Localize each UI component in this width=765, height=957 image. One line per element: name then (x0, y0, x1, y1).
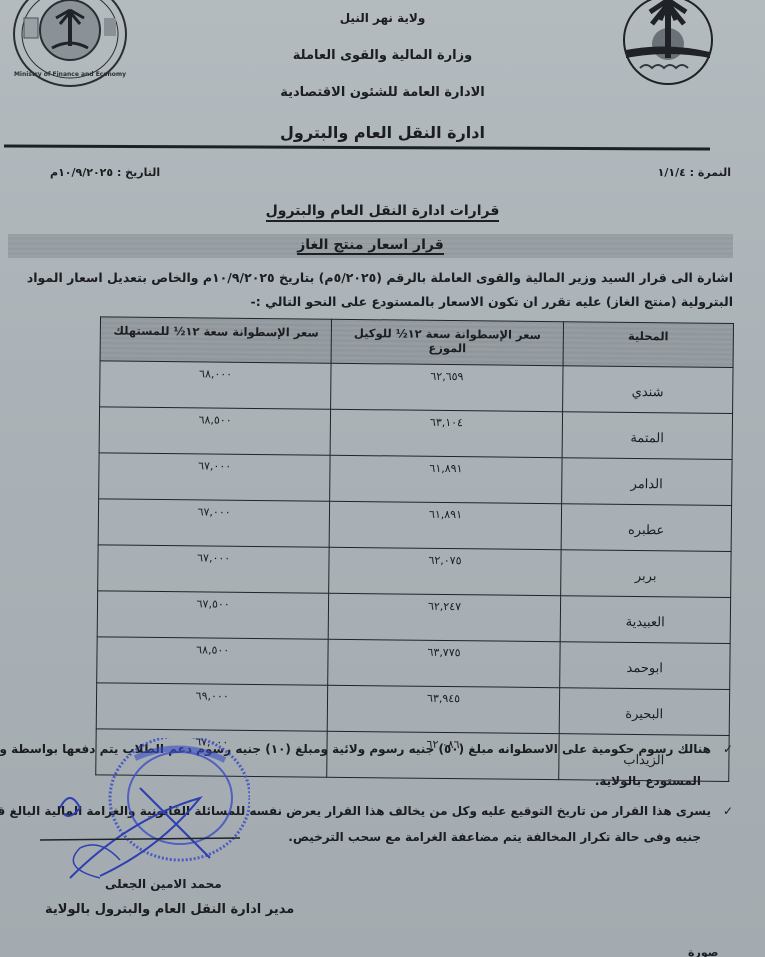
reference-number: النمرة : ١/١/٤ (658, 166, 731, 179)
consumer-price-cell: ٦٧,٠٠٠ (98, 499, 330, 547)
header-locality: المحلية (563, 322, 734, 368)
distributor-price-cell: ٦٢,٦٥٩ (331, 363, 563, 411)
locality-cell: المتمة (562, 412, 733, 460)
distributor-price-cell: ٦٣,٧٧٥ (328, 639, 560, 687)
distributor-price-cell: ٦٣,٩٤٥ (328, 685, 560, 733)
table-row: بربر ٦٢,٠٧٥ ٦٧,٠٠٠ (98, 545, 731, 598)
locality-cell: الدامر (561, 458, 732, 506)
consumer-price-cell: ٦٧,٠٠٠ (98, 545, 330, 593)
table-row: الدامر ٦١,٨٩١ ٦٧,٠٠٠ (99, 453, 732, 506)
table-row: المتمة ٦٣,١٠٤ ٦٨,٥٠٠ (99, 407, 732, 460)
ministry-name: وزارة المالية والقوى العاملة (0, 48, 765, 63)
locality-cell: البحيرة (559, 688, 730, 736)
table-header-row: المحلية سعر الإسطوانة سعة ١٢½ للوكيل الم… (100, 317, 733, 368)
locality-cell: شندي (562, 366, 733, 414)
check-icon: ✓ (723, 736, 733, 762)
distributor-price-cell: ٦٣,١٠٤ (330, 409, 562, 457)
general-directorate-name: الادارة العامة للشئون الاقتصادية (0, 85, 765, 100)
document-page: Ministry of Finance and Economy ولاية نه… (0, 0, 765, 957)
department-name: ادارة النقل العام والبترول (0, 123, 765, 142)
signatory-title: مدير ادارة النقل العام والبترول بالولاية (45, 902, 294, 917)
signatory-name: محمد الامين الجعلى (105, 877, 222, 891)
locality-cell: عطبره (561, 504, 732, 552)
consumer-price-cell: ٦٨,٥٠٠ (97, 637, 329, 685)
state-name: ولاية نهر النيل (0, 11, 765, 25)
consumer-price-cell: ٦٧,٥٠٠ (97, 591, 329, 639)
section-title-text: قرارات ادارة النقل العام والبترول (266, 203, 500, 222)
reference-number-label: النمرة : (690, 166, 731, 179)
locality-cell: العبيدية (560, 596, 731, 644)
distributor-price-cell: ٦٢,٠٧٥ (329, 547, 561, 595)
date-value: ١٠/٩/٢٠٢٥م (50, 166, 113, 179)
svg-text:Ministry of Finance and Econom: Ministry of Finance and Economy (14, 71, 126, 78)
distributor-price-cell: ٦١,٨٩١ (329, 501, 561, 549)
official-stamp-icon (40, 738, 250, 888)
table-row: البحيرة ٦٣,٩٤٥ ٦٩,٠٠٠ (96, 683, 729, 736)
document-date: التاريخ : ١٠/٩/٢٠٢٥م (50, 166, 160, 179)
date-label: التاريخ : (117, 166, 160, 179)
locality-cell: ابوحمد (559, 642, 730, 690)
intro-paragraph: اشارة الى قرار السيد وزير المالية والقوى… (8, 266, 733, 314)
header-divider (4, 144, 710, 150)
check-icon: ✓ (723, 798, 733, 824)
distributor-price-cell: ٦٢,٢٤٧ (329, 593, 561, 641)
table-row: شندي ٦٢,٦٥٩ ٦٨,٠٠٠ (100, 361, 733, 414)
locality-cell: بربر (560, 550, 731, 598)
decision-title-text: قرار اسعار منتج الغاز (297, 237, 444, 255)
distributor-price-cell: ٦١,٨٩١ (330, 455, 562, 503)
consumer-price-cell: ٦٨,٥٠٠ (99, 407, 331, 455)
table-row: عطبره ٦١,٨٩١ ٦٧,٠٠٠ (98, 499, 731, 552)
header-distributor-price: سعر الإسطوانة سعة ١٢½ للوكيل الموزع (331, 319, 563, 365)
section-title: قرارات ادارة النقل العام والبترول (0, 203, 765, 219)
table-row: ابوحمد ٦٣,٧٧٥ ٦٨,٥٠٠ (97, 637, 730, 690)
price-table: المحلية سعر الإسطوانة سعة ١٢½ للوكيل الم… (95, 316, 734, 782)
copy-label: صورة (688, 946, 718, 957)
consumer-price-cell: ٦٧,٠٠٠ (99, 453, 331, 501)
consumer-price-cell: ٦٩,٠٠٠ (96, 683, 328, 731)
header-consumer-price: سعر الإسطوانة سعة ١٢½ للمستهلك (100, 317, 332, 363)
table-row: العبيدية ٦٢,٢٤٧ ٦٧,٥٠٠ (97, 591, 730, 644)
consumer-price-cell: ٦٨,٠٠٠ (100, 361, 332, 409)
reference-number-value: ١/١/٤ (658, 166, 686, 179)
decision-title: قرار اسعار منتج الغاز (0, 237, 741, 253)
